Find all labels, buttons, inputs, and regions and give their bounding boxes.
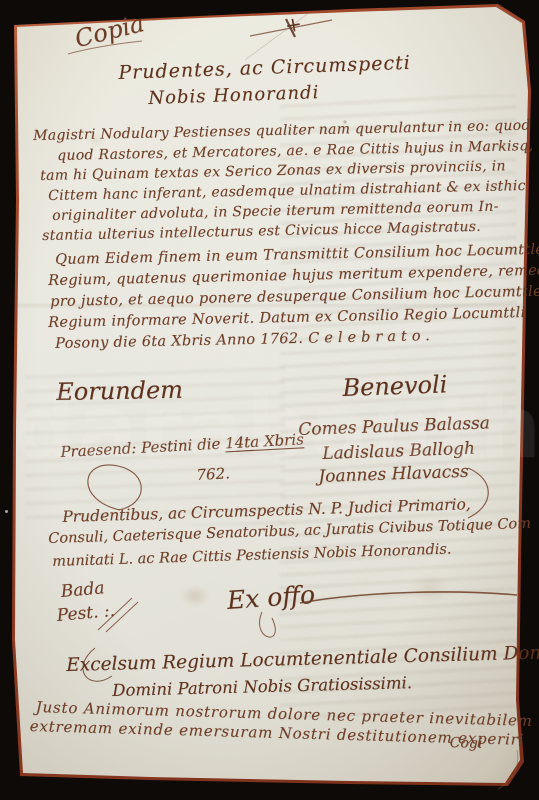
- closing-benevoli: Benevoli: [342, 370, 448, 402]
- dust-speck: [5, 510, 8, 513]
- presentation-year: 762.: [196, 464, 230, 484]
- closing-eorundem: Eorundem: [56, 376, 183, 406]
- ex-officio-note: Ex offo: [226, 580, 316, 615]
- celebrato-word: Celebrato.: [308, 328, 435, 347]
- manuscript-photo: Copia + Prudentes, ac Circumspecti Nobis…: [0, 0, 539, 800]
- catchword: Cogi: [450, 735, 483, 752]
- place-note-buda: Bada: [60, 578, 105, 602]
